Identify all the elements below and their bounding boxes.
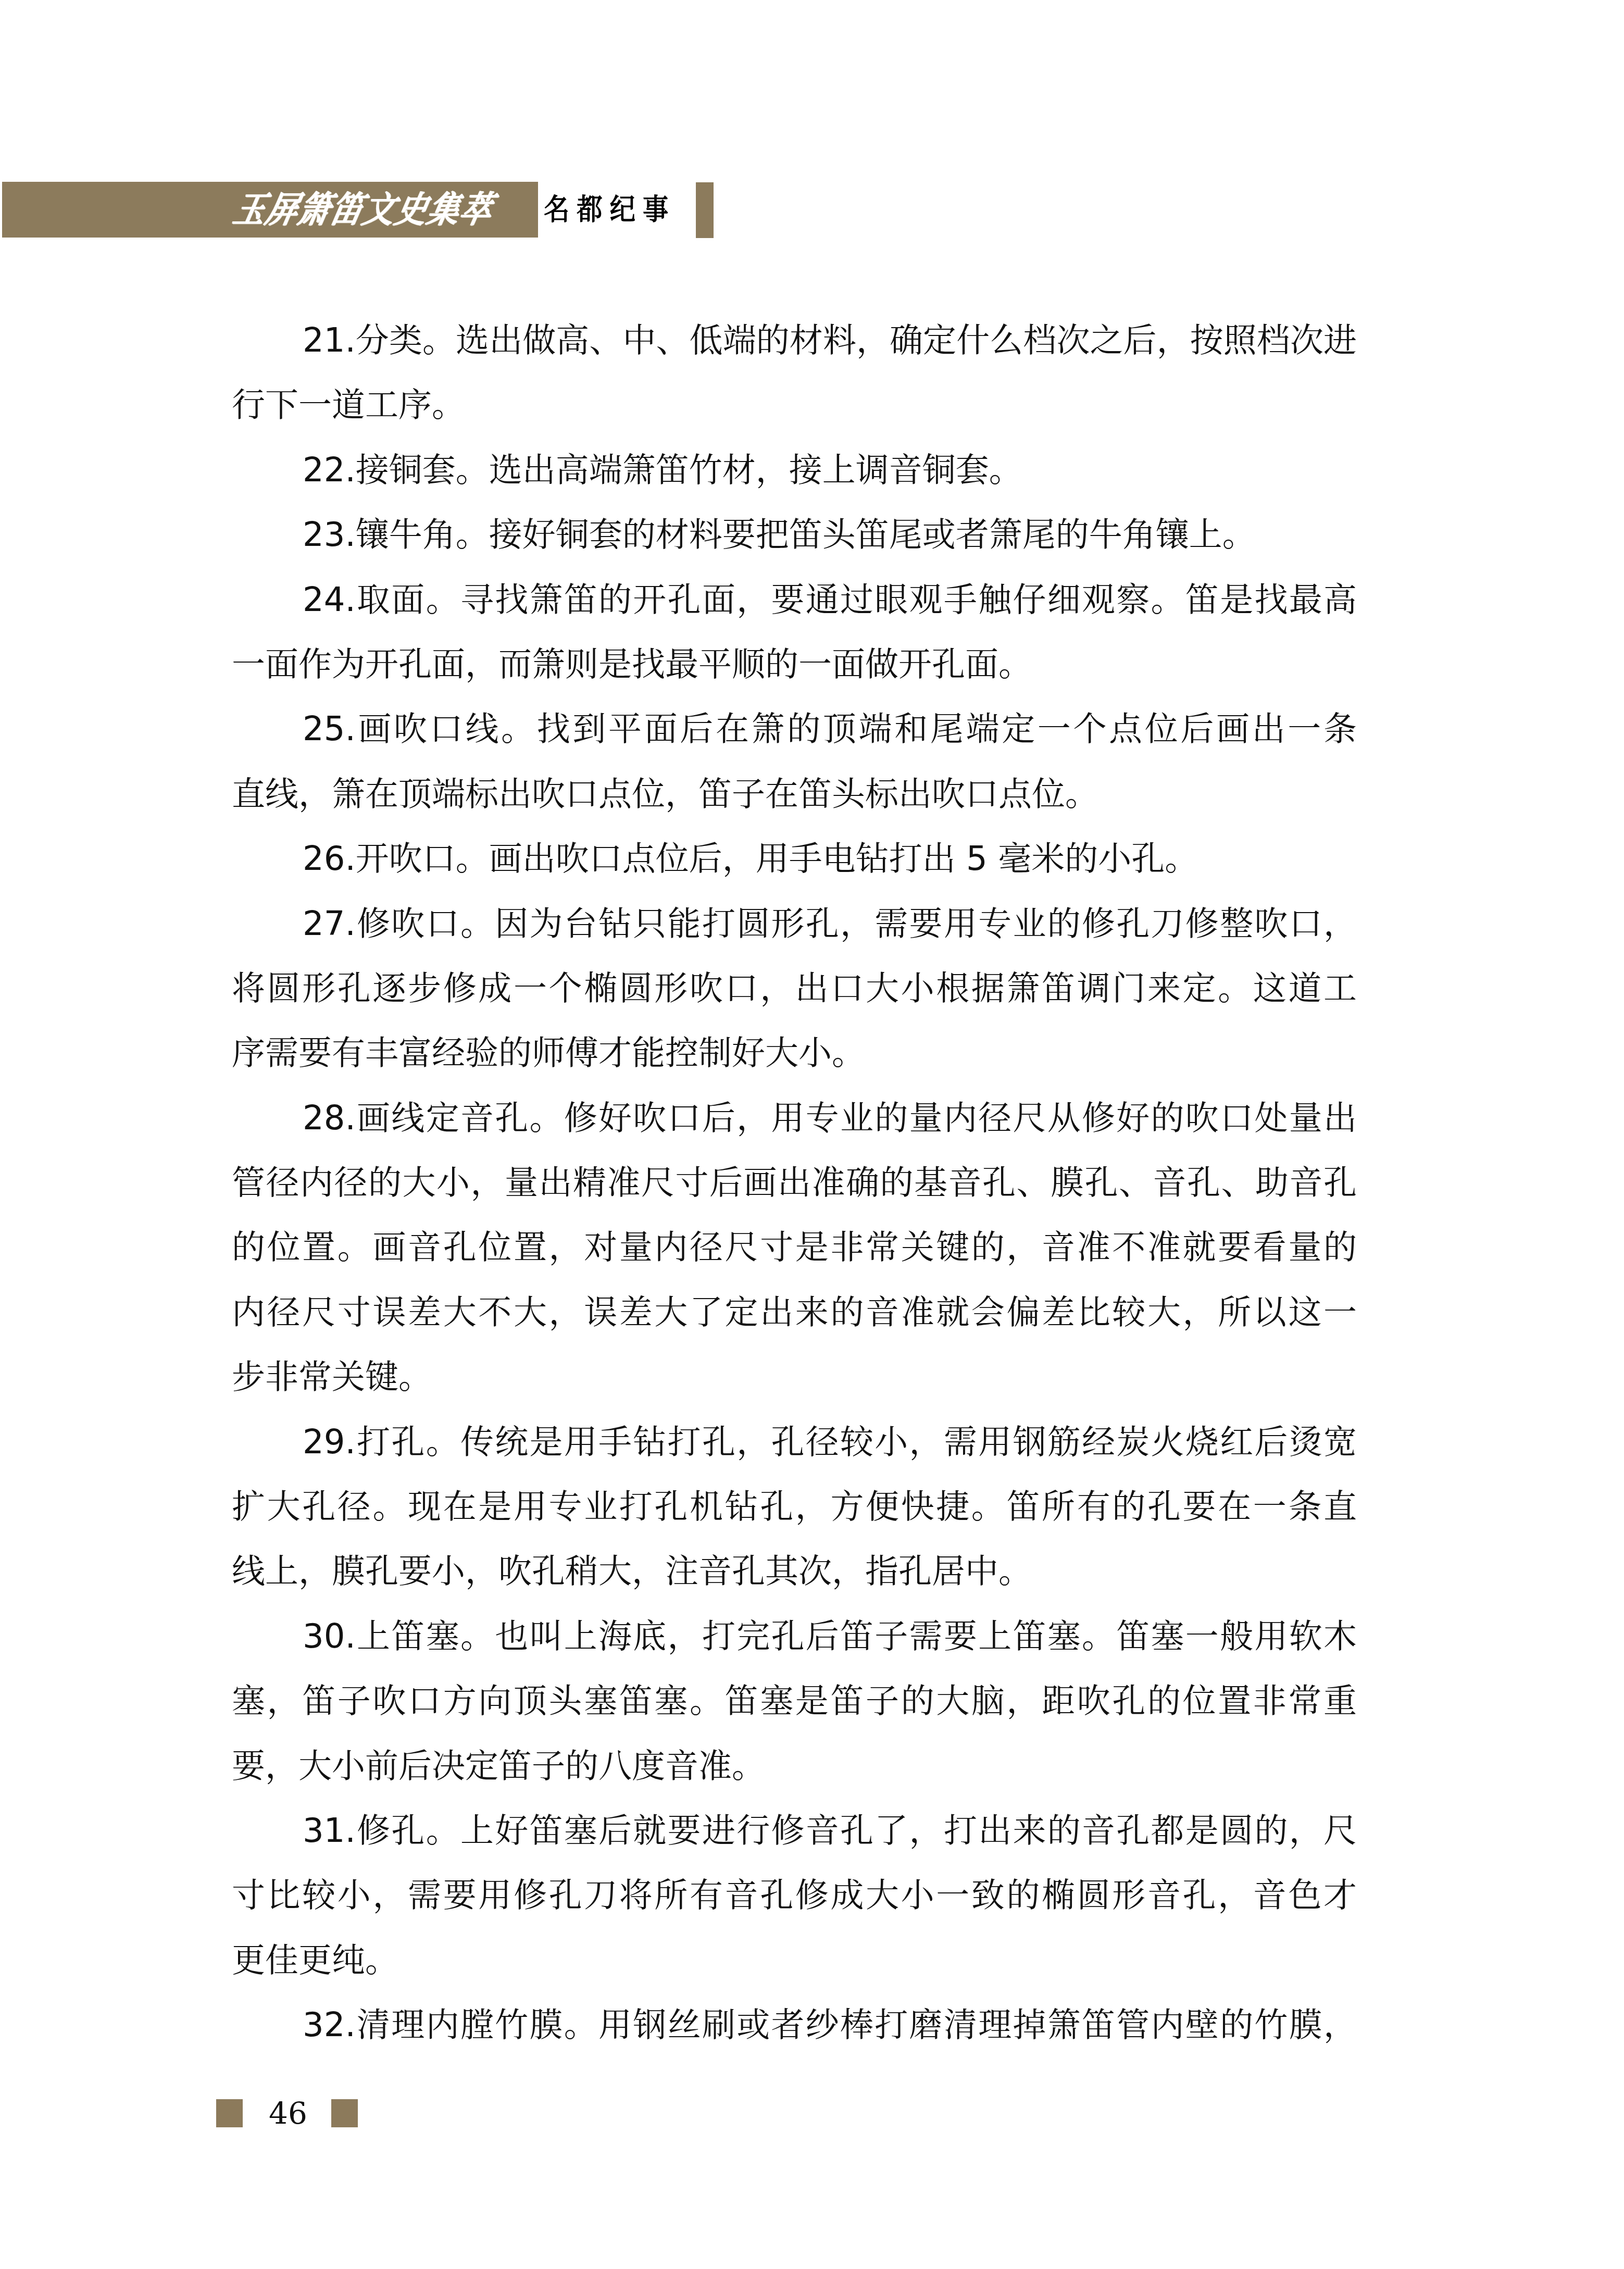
paragraph-line: 扩大孔径。现在是用专业打孔机钻孔，方便快捷。笛所有的孔要在一条直: [232, 1475, 1357, 1539]
paragraph-22: 22.接铜套。选出高端箫笛竹材，接上调音铜套。: [232, 438, 1357, 503]
folio-square-right: [331, 2099, 358, 2127]
body-text: 21.分类。选出做高、中、低端的材料，确定什么档次之后，按照档次进 行下一道工序…: [232, 308, 1357, 2058]
paragraph-line: 线上，膜孔要小，吹孔稍大，注音孔其次，指孔居中。: [232, 1539, 1357, 1604]
paragraph-29: 29.打孔。传统是用手钻打孔，孔径较小，需用钢筋经炭火烧红后烫宽 扩大孔径。现在…: [232, 1410, 1357, 1604]
paragraph-line: 32.清理内膛竹膜。用钢丝刷或者纱棒打磨清理掉箫笛管内壁的竹膜，: [232, 1993, 1357, 2058]
paragraph-line: 21.分类。选出做高、中、低端的材料，确定什么档次之后，按照档次进: [232, 308, 1357, 373]
paragraph-31: 31.修孔。上好笛塞后就要进行修音孔了，打出来的音孔都是圆的，尺 寸比较小，需要…: [232, 1799, 1357, 1993]
paragraph-line: 30.上笛塞。也叫上海底，打完孔后笛子需要上笛塞。笛塞一般用软木: [232, 1604, 1357, 1669]
paragraph-line: 23.镶牛角。接好铜套的材料要把笛头笛尾或者箫尾的牛角镶上。: [232, 503, 1357, 567]
paragraph-21: 21.分类。选出做高、中、低端的材料，确定什么档次之后，按照档次进 行下一道工序…: [232, 308, 1357, 438]
paragraph-26: 26.开吹口。画出吹口点位后，用手电钻打出 5 毫米的小孔。: [232, 827, 1357, 891]
paragraph-line: 内径尺寸误差大不大，误差大了定出来的音准就会偏差比较大，所以这一: [232, 1280, 1357, 1345]
paragraph-line: 31.修孔。上好笛塞后就要进行修音孔了，打出来的音孔都是圆的，尺: [232, 1799, 1357, 1863]
paragraph-24: 24.取面。寻找箫笛的开孔面，要通过眼观手触仔细观察。笛是找最高 一面作为开孔面…: [232, 568, 1357, 697]
paragraph-line: 行下一道工序。: [232, 373, 1357, 438]
folio-square-left: [216, 2099, 243, 2127]
running-header-bar: 玉屏箫笛文史集萃: [2, 182, 538, 238]
paragraph-28: 28.画线定音孔。修好吹口后，用专业的量内径尺从修好的吹口处量出 管径内径的大小…: [232, 1086, 1357, 1410]
paragraph-line: 寸比较小，需要用修孔刀将所有音孔修成大小一致的椭圆形音孔，音色才: [232, 1863, 1357, 1928]
paragraph-27: 27.修吹口。因为台钻只能打圆形孔，需要用专业的修孔刀修整吹口， 将圆形孔逐步修…: [232, 892, 1357, 1086]
paragraph-25: 25.画吹口线。找到平面后在箫的顶端和尾端定一个点位后画出一条 直线，箫在顶端标…: [232, 697, 1357, 827]
paragraph-line: 塞，笛子吹口方向顶头塞笛塞。笛塞是笛子的大脑，距吹孔的位置非常重: [232, 1669, 1357, 1734]
series-title-calligraphy: 玉屏箫笛文史集萃: [229, 182, 501, 238]
paragraph-line: 一面作为开孔面，而箫则是找最平顺的一面做开孔面。: [232, 632, 1357, 697]
paragraph-23: 23.镶牛角。接好铜套的材料要把笛头笛尾或者箫尾的牛角镶上。: [232, 503, 1357, 567]
paragraph-line: 管径内径的大小，量出精准尺寸后画出准确的基音孔、膜孔、音孔、助音孔: [232, 1151, 1357, 1215]
paragraph-line: 要，大小前后决定笛子的八度音准。: [232, 1734, 1357, 1799]
paragraph-line: 序需要有丰富经验的师傅才能控制好大小。: [232, 1021, 1357, 1086]
paragraph-line: 24.取面。寻找箫笛的开孔面，要通过眼观手触仔细观察。笛是找最高: [232, 568, 1357, 632]
paragraph-line: 22.接铜套。选出高端箫笛竹材，接上调音铜套。: [232, 438, 1357, 503]
paragraph-line: 更佳更纯。: [232, 1928, 1357, 1993]
paragraph-line: 将圆形孔逐步修成一个椭圆形吹口，出口大小根据箫笛调门来定。这道工: [232, 956, 1357, 1021]
paragraph-line: 的位置。画音孔位置，对量内径尺寸是非常关键的，音准不准就要看量的: [232, 1215, 1357, 1280]
page-number: 46: [269, 2095, 305, 2131]
paragraph-line: 28.画线定音孔。修好吹口后，用专业的量内径尺从修好的吹口处量出: [232, 1086, 1357, 1151]
paragraph-32: 32.清理内膛竹膜。用钢丝刷或者纱棒打磨清理掉箫笛管内壁的竹膜，: [232, 1993, 1357, 2058]
paragraph-line: 27.修吹口。因为台钻只能打圆形孔，需要用专业的修孔刀修整吹口，: [232, 892, 1357, 956]
section-title: 名都纪事: [544, 188, 676, 231]
paragraph-30: 30.上笛塞。也叫上海底，打完孔后笛子需要上笛塞。笛塞一般用软木 塞，笛子吹口方…: [232, 1604, 1357, 1799]
paragraph-line: 直线，箫在顶端标出吹口点位，笛子在笛头标出吹口点位。: [232, 762, 1357, 827]
paragraph-line: 25.画吹口线。找到平面后在箫的顶端和尾端定一个点位后画出一条: [232, 697, 1357, 762]
paragraph-line: 步非常关键。: [232, 1345, 1357, 1410]
paragraph-line: 26.开吹口。画出吹口点位后，用手电钻打出 5 毫米的小孔。: [232, 827, 1357, 891]
header-end-bar: [696, 182, 714, 238]
paragraph-line: 29.打孔。传统是用手钻打孔，孔径较小，需用钢筋经炭火烧红后烫宽: [232, 1410, 1357, 1475]
